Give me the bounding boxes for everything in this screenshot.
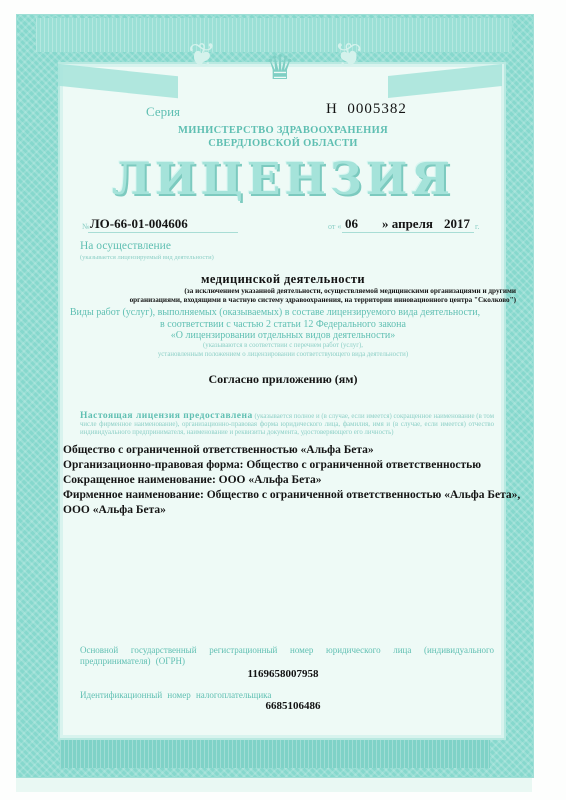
date-year: 2017 xyxy=(444,216,470,232)
license-number-underline xyxy=(88,232,238,233)
date-month: » апреля xyxy=(382,216,433,232)
date-underline xyxy=(342,232,474,233)
per-appendix: Согласно приложению (ям) xyxy=(0,372,566,387)
activity-note-line2: организациями, входящими в частную систе… xyxy=(130,296,516,304)
organization-brand-name: Фирменное наименование: Общество с огран… xyxy=(63,489,520,501)
ministry-name-line1: МИНИСТЕРСТВО ЗДРАВООХРАНЕНИЯ xyxy=(0,125,566,136)
organization-legal-form: Организационно-правовая форма: Общество … xyxy=(63,459,481,471)
scroll-ornament-icon: ❦ xyxy=(188,40,217,74)
works-line2: в соответствии с частью 2 статьи 12 Феде… xyxy=(0,319,566,330)
implementation-note: (указывается лицензируемый вид деятельно… xyxy=(80,254,214,261)
works-line3: «О лицензировании отдельных видов деятел… xyxy=(0,330,566,341)
activity-type: медицинской деятельности xyxy=(0,272,566,287)
works-line1: Виды работ (услуг), выполняемых (оказыва… xyxy=(0,307,558,318)
ministry-name-line2: СВЕРДЛОВСКОЙ ОБЛАСТИ xyxy=(0,138,566,149)
license-number: ЛО-66-01-004606 xyxy=(90,216,188,232)
organization-full-name: Общество с ограниченной ответственностью… xyxy=(63,444,374,456)
ogrn-value: 1169658007958 xyxy=(0,668,566,680)
number-prefix: № xyxy=(82,222,90,231)
bottom-ornament-band xyxy=(60,738,490,768)
implementation-label: На осуществление xyxy=(80,240,171,252)
inn-label: Идентификационный номер налогоплательщик… xyxy=(80,690,271,700)
inn-value: 6685106486 xyxy=(10,700,566,712)
activity-note-line1: (за исключением указанной деятельности, … xyxy=(184,287,516,295)
series-label: Серия xyxy=(146,104,180,120)
organization-short-name: Сокращенное наименование: ООО «Альфа Бет… xyxy=(63,474,322,486)
coat-of-arms-icon: ♛ xyxy=(258,46,302,92)
date-suffix: г. xyxy=(475,222,479,231)
works-note-line1: (указываются в соответствии с перечнем р… xyxy=(0,342,566,349)
works-note-line2: установленным положением о лицензировани… xyxy=(0,351,566,358)
granted-label: Настоящая лицензия предоставлена xyxy=(80,411,253,421)
organization-brand-name-cont: ООО «Альфа Бета» xyxy=(63,504,166,516)
document-title: ЛИЦЕНЗИЯ xyxy=(0,154,566,205)
date-day: 06 xyxy=(345,216,358,232)
ogrn-label: Основной государственный регистрационный… xyxy=(80,645,494,667)
date-prefix: от « xyxy=(328,222,341,231)
series-number: Н 0005382 xyxy=(326,101,407,118)
scroll-ornament-icon: ❦ xyxy=(334,40,363,74)
granted-paragraph: Настоящая лицензия предоставлена (указыв… xyxy=(80,412,494,437)
